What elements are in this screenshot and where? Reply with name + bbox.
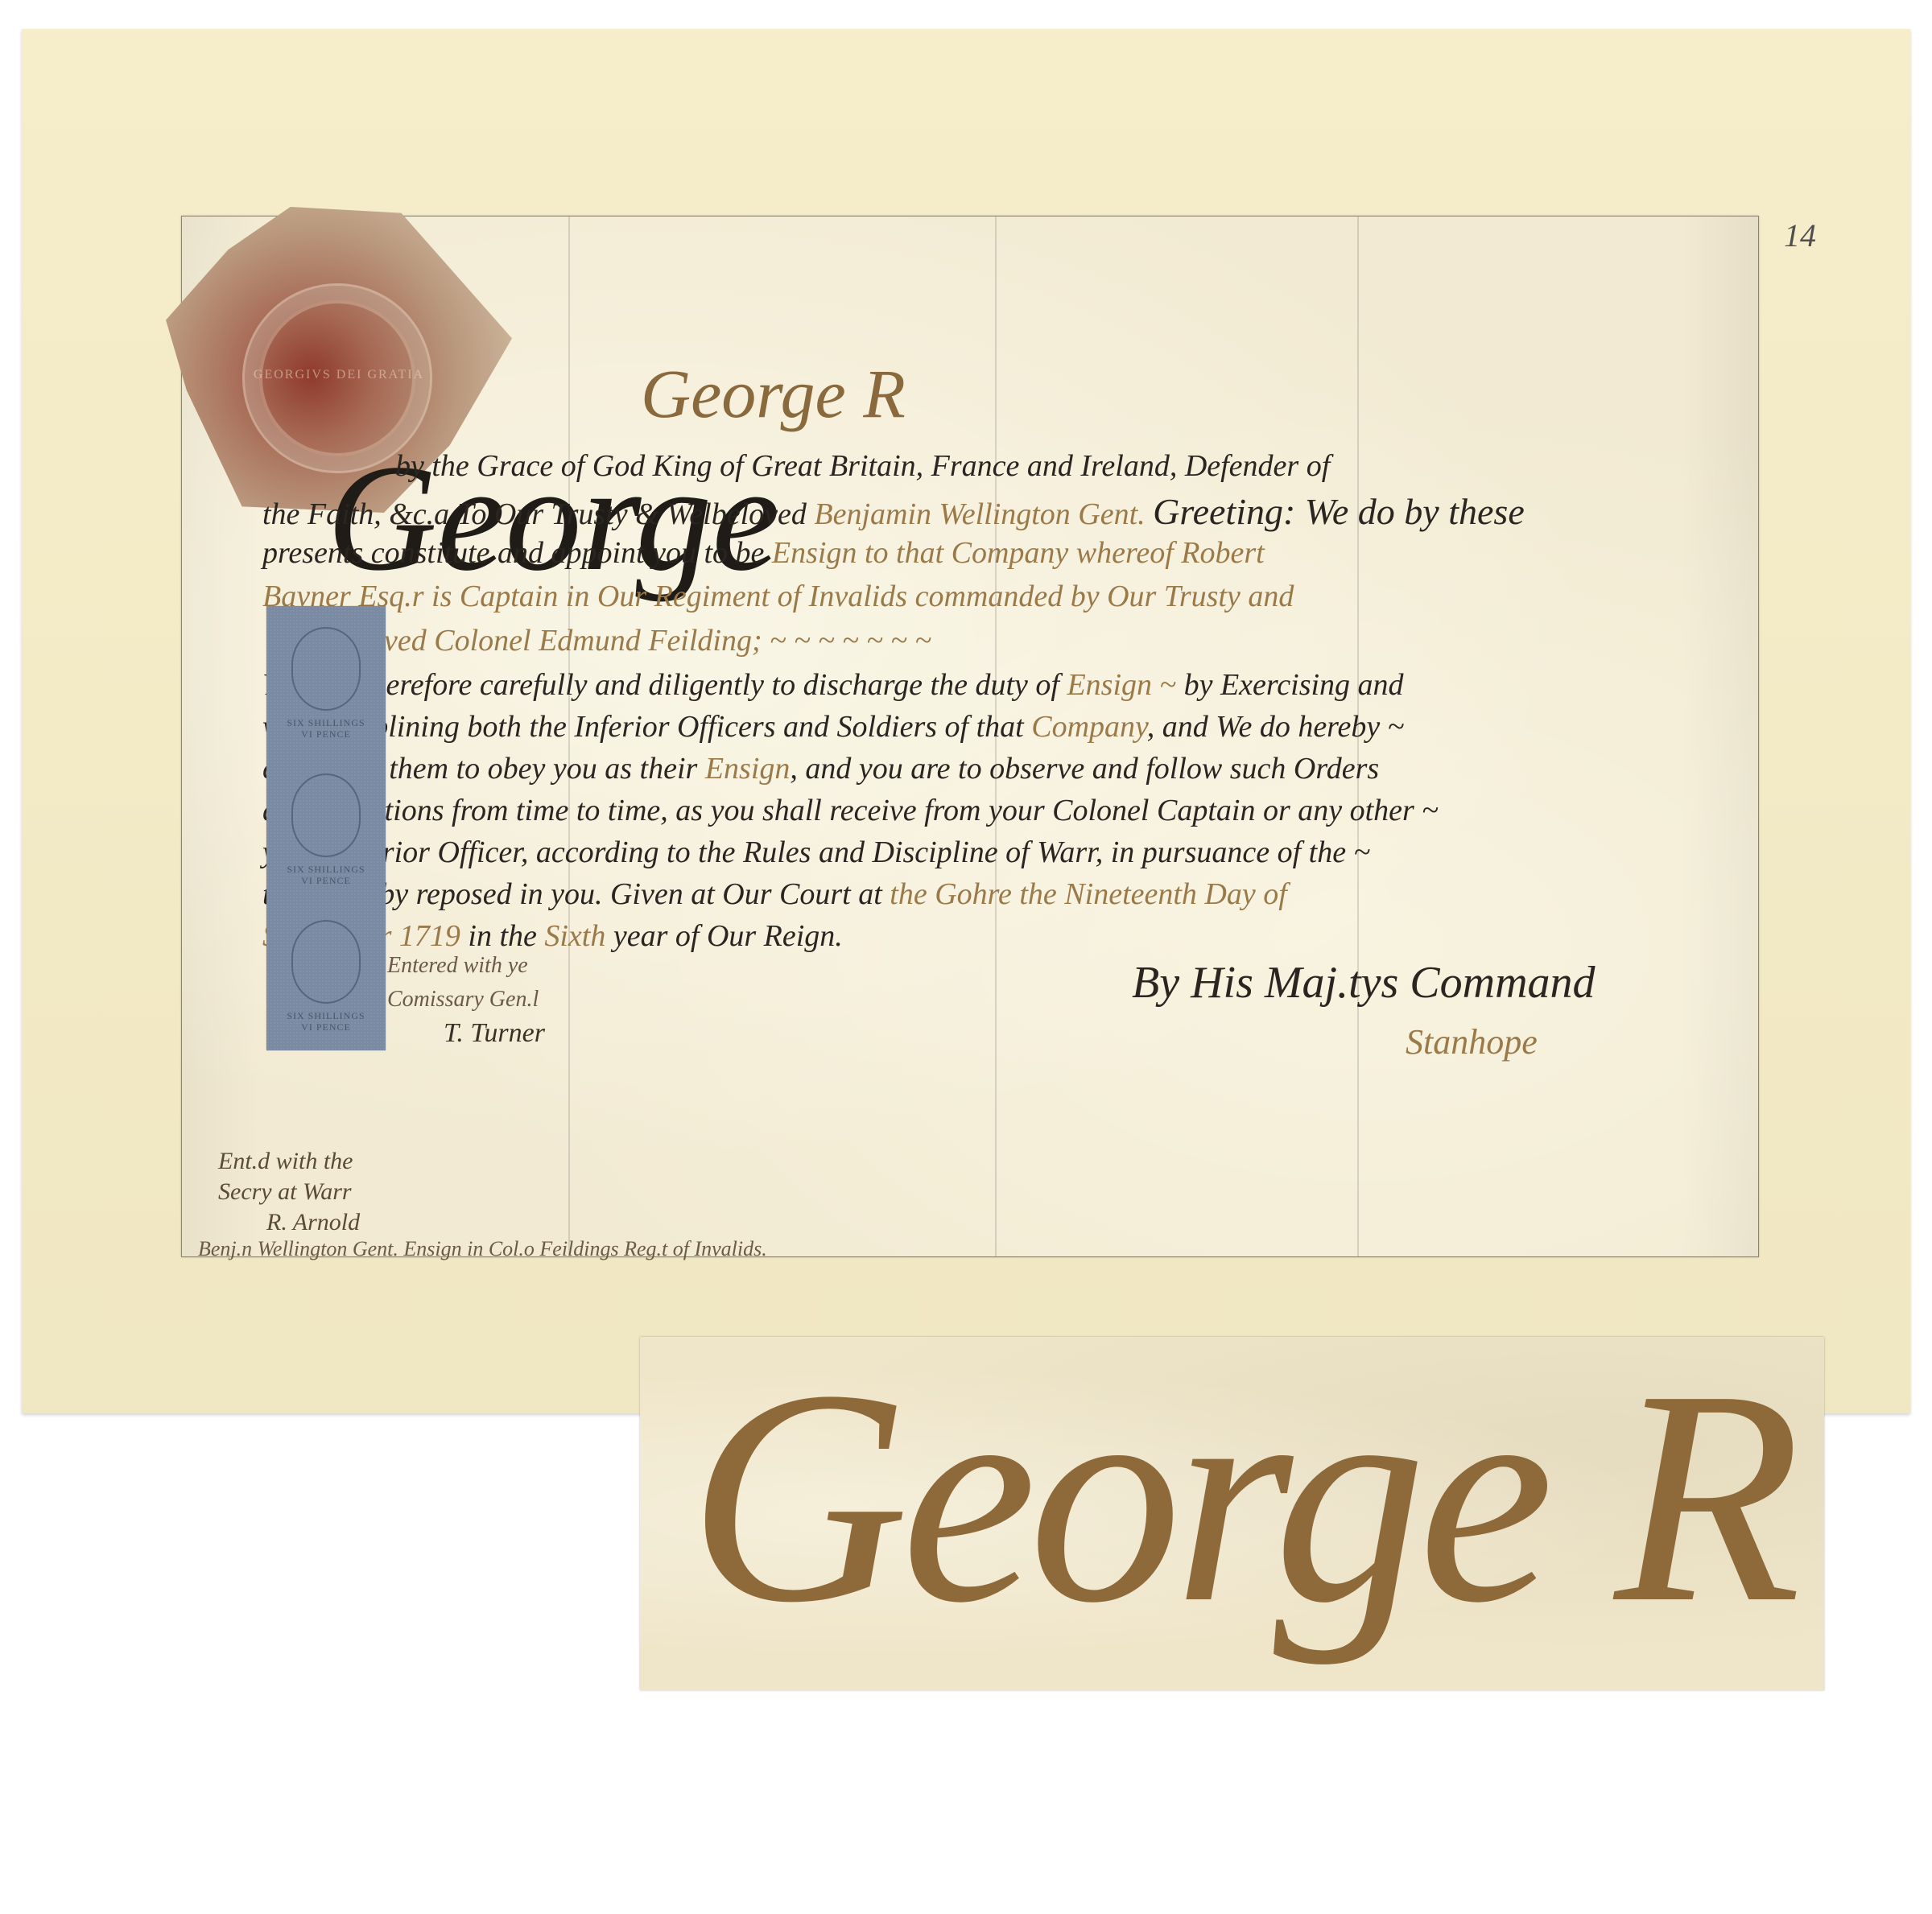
secretary-entry: Ent.d with the Secry at Warr R. Arnold: [218, 1146, 360, 1238]
commission-document: 14 GEORGIVS DEI GRATIA George R George b…: [181, 216, 1759, 1257]
crown-crest-icon: [291, 920, 361, 1004]
text-line-6: You are therefore carefully and diligent…: [262, 667, 1404, 703]
crown-crest-icon: [291, 627, 361, 711]
stamp-unit: SIX SHILLINGS VI PENCE: [273, 757, 379, 899]
text-line-1: by the Grace of God King of Great Britai…: [395, 448, 1330, 484]
signature-detail-inset: George R: [640, 1337, 1824, 1690]
docket-note: Benj.n Wellington Gent. Ensign in Col.o …: [198, 1237, 767, 1261]
text-line-2: the Faith, &c.a To Our Trusty & Welbelov…: [262, 490, 1525, 533]
crown-crest-icon: [291, 773, 361, 857]
seal-legend: GEORGIVS DEI GRATIA: [166, 368, 512, 382]
text-line-8: command them to obey you as their Ensign…: [262, 751, 1379, 786]
royal-signature: George R: [641, 353, 906, 434]
text-line-11: trust hereby reposed in you. Given at Ou…: [262, 877, 1287, 912]
text-line-10: your superior Officer, according to the …: [262, 835, 1370, 870]
countersign-command: By His Maj.tys Command: [1132, 957, 1596, 1009]
stamp-unit: SIX SHILLINGS VI PENCE: [273, 904, 379, 1046]
inset-signature: George R: [688, 1337, 1794, 1673]
text-line-9: and Directions from time to time, as you…: [262, 793, 1439, 828]
page-number: 14: [1784, 217, 1816, 254]
text-line-7: wel-disciplining both the Inferior Offic…: [262, 709, 1404, 745]
countersign-signature: Stanhope: [1406, 1021, 1538, 1062]
filled-name: Benjamin Wellington Gent.: [814, 497, 1145, 531]
text-line-4: Bayner Esq.r is Captain in Our Regiment …: [262, 579, 1294, 614]
stamp-unit: SIX SHILLINGS VI PENCE: [273, 611, 379, 753]
revenue-stamp: SIX SHILLINGS VI PENCE SIX SHILLINGS VI …: [266, 606, 386, 1050]
commissary-entry: Entered with ye Comissary Gen.l T. Turne…: [387, 949, 545, 1050]
text-line-3: presents constitute and appoint you to b…: [262, 535, 1265, 571]
